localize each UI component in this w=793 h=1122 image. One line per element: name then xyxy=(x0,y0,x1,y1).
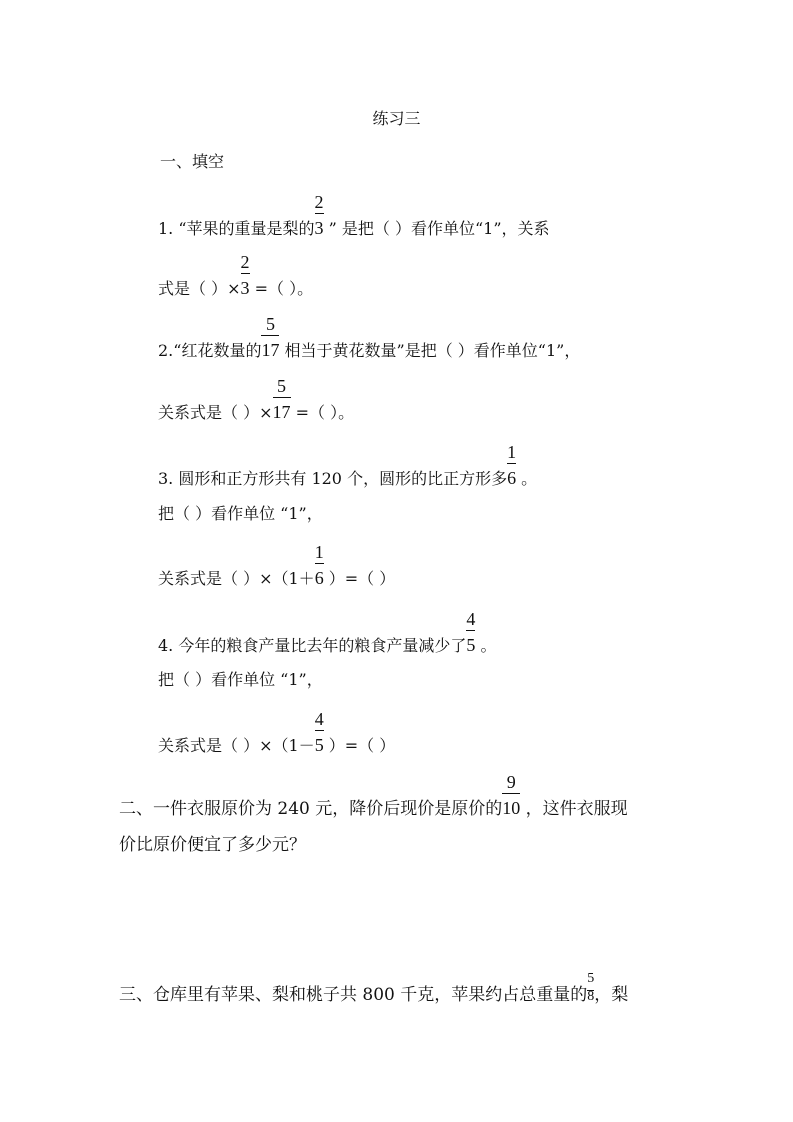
numerator: 5 xyxy=(261,314,279,336)
q1-text-a: 1. “苹果的重量是梨的 xyxy=(158,219,315,238)
page-title: 练习三 xyxy=(0,106,793,129)
q4-text-d: 关系式是（ ）×（1－ xyxy=(158,736,315,755)
denominator: 17 xyxy=(261,340,279,360)
q4-text-a: 4. 今年的粮食产量比去年的粮食产量减少了 xyxy=(158,636,466,655)
question-3-line-3: 关系式是（ ）×（1＋16 ）=（ ） xyxy=(158,568,395,589)
numerator: 9 xyxy=(502,772,520,794)
fraction: 16 xyxy=(315,568,324,588)
fraction: 58 xyxy=(587,987,594,1007)
numerator: 2 xyxy=(315,192,324,214)
numerator: 4 xyxy=(466,609,475,631)
q3-text-a: 3. 圆形和正方形共有 120 个，圆形的比正方形多 xyxy=(158,469,507,488)
numerator: 1 xyxy=(315,542,324,564)
s2-text-b: ，这件衣服现 xyxy=(520,799,627,819)
denominator: 6 xyxy=(315,568,324,588)
numerator: 5 xyxy=(587,969,594,991)
q3-text-b: 。 xyxy=(516,469,537,488)
numerator: 5 xyxy=(273,376,291,398)
q2-text-d: =（ ）。 xyxy=(291,403,355,422)
s3-text-b: ，梨 xyxy=(594,985,628,1005)
question-4-line-3: 关系式是（ ）×（1－45 ）=（ ） xyxy=(158,735,395,756)
numerator: 2 xyxy=(241,252,250,274)
denominator: 6 xyxy=(507,468,516,488)
numerator: 1 xyxy=(507,442,516,464)
denominator: 5 xyxy=(315,735,324,755)
q1-text-d: =（ ）。 xyxy=(250,279,314,298)
question-2-line-2: 关系式是（ ）×517 =（ ）。 xyxy=(158,402,354,423)
section-heading-fill-blank: 一、填空 xyxy=(160,152,224,172)
fraction: 23 xyxy=(315,218,324,238)
section-2-line-1: 二、一件衣服原价为 240 元，降价后现价是原价的910 ，这件衣服现 xyxy=(119,798,628,819)
q3-text-e: ）=（ ） xyxy=(324,569,396,588)
q1-text-c: 式是（ ）× xyxy=(158,279,241,298)
numerator: 4 xyxy=(315,709,324,731)
question-3-line-1: 3. 圆形和正方形共有 120 个，圆形的比正方形多16 。 xyxy=(158,468,537,489)
q3-text-d: 关系式是（ ）×（1＋ xyxy=(158,569,315,588)
q2-text-a: 2.“红花数量的 xyxy=(158,341,261,360)
section-3-line-1: 三、仓库里有苹果、梨和桃子共 800 千克，苹果约占总重量的58，梨 xyxy=(119,985,628,1007)
question-4-line-1: 4. 今年的粮食产量比去年的粮食产量减少了45 。 xyxy=(158,635,496,656)
q1-text-b: ” 是把（ ）看作单位“1”，关系 xyxy=(324,219,550,238)
q2-text-c: 关系式是（ ）× xyxy=(158,403,273,422)
fraction: 45 xyxy=(466,635,475,655)
question-1-line-2: 式是（ ）×23 =（ ）。 xyxy=(158,278,313,299)
fraction: 16 xyxy=(507,468,516,488)
denominator: 17 xyxy=(273,402,291,422)
fraction: 23 xyxy=(241,278,250,298)
denominator: 10 xyxy=(502,798,520,818)
q2-text-b: 相当于黄花数量”是把（ ）看作单位“1”， xyxy=(279,341,580,360)
fraction: 517 xyxy=(273,402,291,422)
q4-text-e: ）=（ ） xyxy=(324,736,396,755)
question-4-line-2: 把（ ）看作单位 “1”， xyxy=(158,670,323,690)
question-2-line-1: 2.“红花数量的517 相当于黄花数量”是把（ ）看作单位“1”， xyxy=(158,340,580,361)
fraction: 45 xyxy=(315,735,324,755)
section-2-line-2: 价比原价便宜了多少元？ xyxy=(119,835,306,855)
question-1-line-1: 1. “苹果的重量是梨的23 ” 是把（ ）看作单位“1”，关系 xyxy=(158,218,550,239)
denominator: 5 xyxy=(466,635,475,655)
s3-text-a: 三、仓库里有苹果、梨和桃子共 800 千克，苹果约占总重量的 xyxy=(119,985,587,1005)
fraction: 910 xyxy=(502,798,520,818)
fraction: 517 xyxy=(261,340,279,360)
q4-text-b: 。 xyxy=(475,636,496,655)
question-3-line-2: 把（ ）看作单位 “1”， xyxy=(158,504,323,524)
s2-text-a: 二、一件衣服原价为 240 元，降价后现价是原价的 xyxy=(119,799,502,819)
denominator: 3 xyxy=(241,278,250,298)
denominator: 3 xyxy=(315,218,324,238)
